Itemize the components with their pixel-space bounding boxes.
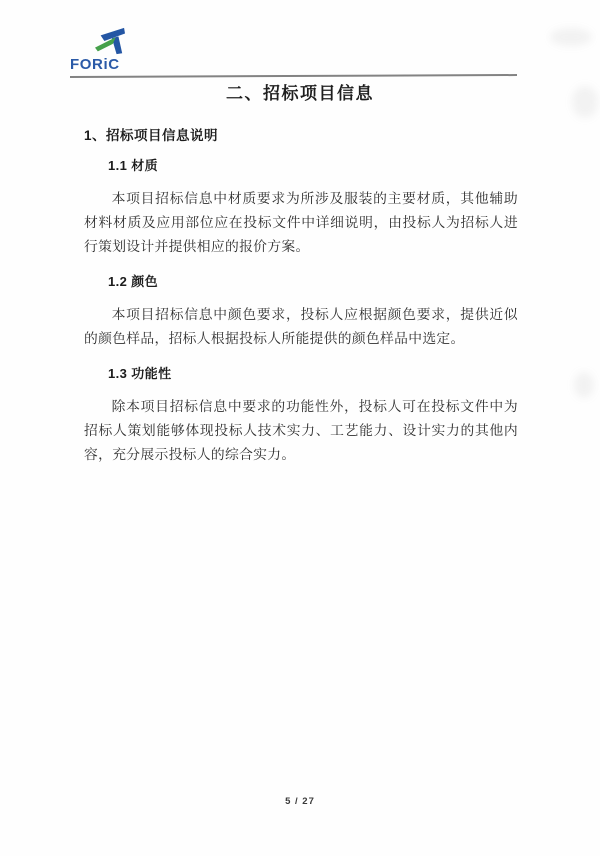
scan-artifact (572, 86, 598, 118)
logo-text: FORiC (70, 57, 140, 72)
page-title: 二、招标项目信息 (0, 84, 600, 104)
subsection-body-functionality: 除本项目招标信息中要求的功能性外，投标人可在投标文件中为招标人策划能够体现投标人… (84, 395, 518, 467)
subsection-heading-material: 1.1 材质 (108, 158, 518, 173)
subsection-body-material: 本项目招标信息中材质要求为所涉及服装的主要材质，其他辅助材料材质及应用部位应在投… (84, 187, 518, 259)
subsection-heading-functionality: 1.3 功能性 (108, 366, 518, 381)
company-logo: FORiC (70, 26, 140, 72)
subsection-body-color: 本项目招标信息中颜色要求，投标人应根据颜色要求，提供近似的颜色样品，招标人根据投… (84, 303, 518, 351)
header-divider (70, 74, 517, 78)
foric-logo-icon (92, 26, 128, 56)
section-heading: 1、招标项目信息说明 (84, 128, 518, 143)
subsection-heading-color: 1.2 颜色 (108, 274, 518, 289)
scan-artifact (550, 28, 592, 46)
document-body: 1、招标项目信息说明 1.1 材质 本项目招标信息中材质要求为所涉及服装的主要材… (84, 128, 518, 467)
document-page: FORiC 二、招标项目信息 1、招标项目信息说明 1.1 材质 本项目招标信息… (0, 0, 600, 856)
page-number: 5 / 27 (0, 796, 600, 807)
scan-artifact (574, 372, 594, 398)
